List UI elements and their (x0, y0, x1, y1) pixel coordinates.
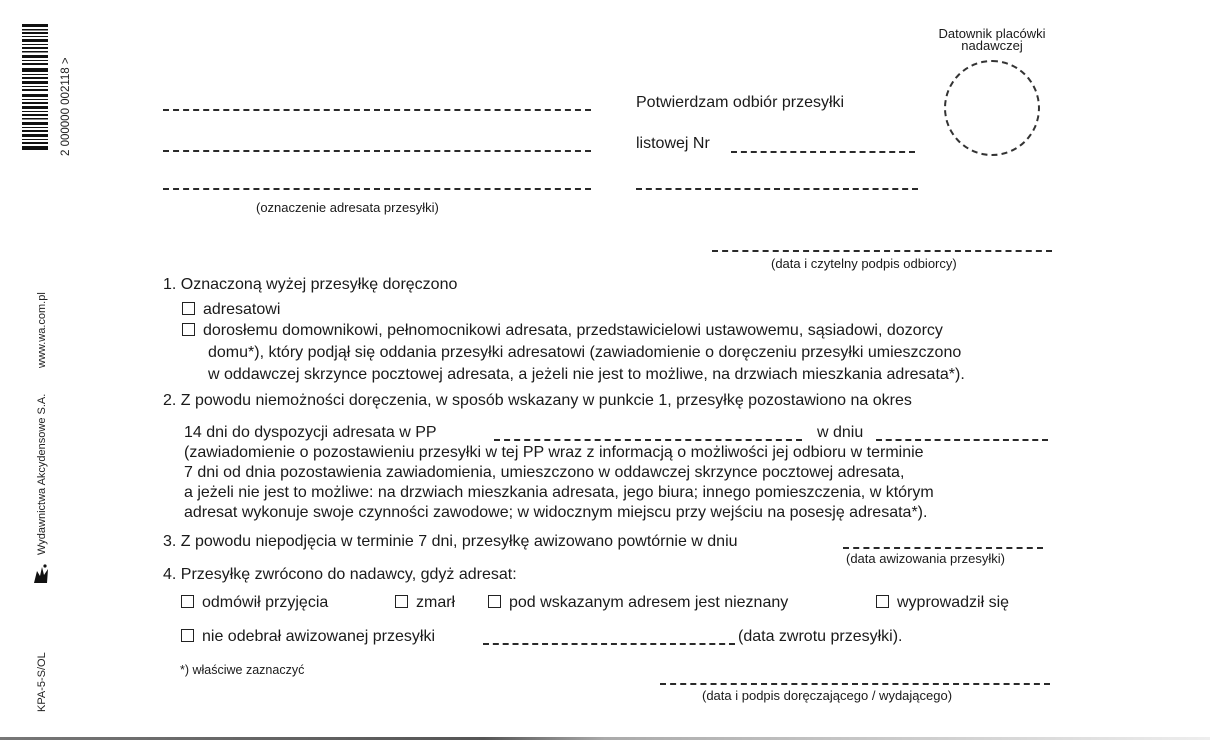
section1-opt2-line2: domu*), który podjął się oddania przesył… (208, 344, 961, 362)
section4-option-moved[interactable]: wyprowadził się (876, 594, 1009, 612)
post-office-field[interactable] (494, 439, 802, 441)
label-moved: wyprowadził się (897, 594, 1009, 611)
stamp-label: Datownik placówki nadawczej (922, 28, 1062, 52)
return-date-caption: (data zwrotu przesyłki). (738, 628, 903, 646)
label-not-collected: nie odebrał awizowanej przesyłki (202, 628, 435, 645)
section2-date-field[interactable] (876, 439, 1048, 441)
section1-option-other-person[interactable]: dorosłemu domownikowi, pełnomocnikowi ad… (182, 322, 943, 340)
date-stamp-circle (944, 60, 1040, 156)
confirmation-extra-line[interactable] (636, 188, 918, 190)
section2-line1: 14 dni do dyspozycji adresata w PP (184, 424, 437, 442)
addressee-line-3[interactable] (163, 188, 591, 190)
label-refused: odmówił przyjęcia (202, 594, 328, 611)
addressee-line-2[interactable] (163, 150, 591, 152)
section4-option-unknown[interactable]: pod wskazanym adresem jest nieznany (488, 594, 788, 612)
confirmation-line1: Potwierdzam odbiór przesyłki (636, 94, 844, 112)
re-notice-date-field[interactable] (843, 547, 1043, 549)
addressee-caption: (oznaczenie adresata przesyłki) (256, 200, 439, 215)
recipient-signature-caption: (data i czytelny podpis odbiorcy) (771, 256, 957, 271)
checkbox-addressee[interactable] (182, 302, 195, 315)
section2-line4: a jeżeli nie jest to możliwe: na drzwiac… (184, 484, 934, 502)
recipient-signature-field[interactable] (712, 250, 1052, 252)
checkbox-refused[interactable] (181, 595, 194, 608)
section4-option-refused[interactable]: odmówił przyjęcia (181, 594, 328, 612)
barcode (22, 22, 64, 154)
checkbox-moved[interactable] (876, 595, 889, 608)
label-unknown: pod wskazanym adresem jest nieznany (509, 594, 788, 611)
section2-title: 2. Z powodu niemożności doręczenia, w sp… (163, 392, 912, 410)
section2-line3: 7 dni od dnia pozostawienia zawiadomieni… (184, 464, 904, 482)
return-date-field[interactable] (483, 643, 735, 645)
re-notice-date-caption: (data awizowania przesyłki) (846, 551, 1005, 566)
footnote: *) właściwe zaznaczyć (180, 663, 304, 677)
stamp-label-line2: nadawczej (922, 40, 1062, 52)
confirmation-line2: listowej Nr (636, 135, 710, 153)
label-addressee: adresatowi (203, 301, 280, 318)
checkbox-other-person[interactable] (182, 323, 195, 336)
checkbox-unknown[interactable] (488, 595, 501, 608)
label-died: zmarł (416, 594, 455, 611)
addressee-line-1[interactable] (163, 109, 591, 111)
letter-number-field[interactable] (731, 151, 915, 153)
section1-opt2-line3: w oddawczej skrzynce pocztowej adresata,… (208, 366, 965, 384)
barcode-number: 2 000000 002118 > (60, 57, 72, 156)
checkbox-died[interactable] (395, 595, 408, 608)
checkbox-not-collected[interactable] (181, 629, 194, 642)
section4-option-not-collected[interactable]: nie odebrał awizowanej przesyłki (181, 628, 435, 646)
page-edge-line (0, 737, 1210, 740)
section2-line2: (zawiadomienie o pozostawieniu przesyłki… (184, 444, 924, 462)
section4-option-died[interactable]: zmarł (395, 594, 455, 612)
label-other-person-line1: dorosłemu domownikowi, pełnomocnikowi ad… (203, 322, 943, 339)
form-code: KPA-5-S/OL (36, 652, 48, 712)
deliverer-signature-caption: (data i podpis doręczającego / wydająceg… (702, 688, 952, 703)
section1-option-addressee[interactable]: adresatowi (182, 301, 280, 319)
publisher-name: Wydawnictwa Akcydensowe S.A. (36, 394, 48, 555)
section1-title: 1. Oznaczoną wyżej przesyłkę doręczono (163, 276, 457, 294)
section2-line5: adresat wykonuje swoje czynności zawodow… (184, 504, 927, 522)
section2-date-label: w dniu (817, 424, 863, 442)
publisher-logo-icon (32, 563, 50, 585)
deliverer-signature-field[interactable] (660, 683, 1050, 685)
publisher-website: www.wa.com.pl (36, 292, 48, 368)
section4-title: 4. Przesyłkę zwrócono do nadawcy, gdyż a… (163, 566, 517, 584)
section3-title: 3. Z powodu niepodjęcia w terminie 7 dni… (163, 533, 738, 551)
